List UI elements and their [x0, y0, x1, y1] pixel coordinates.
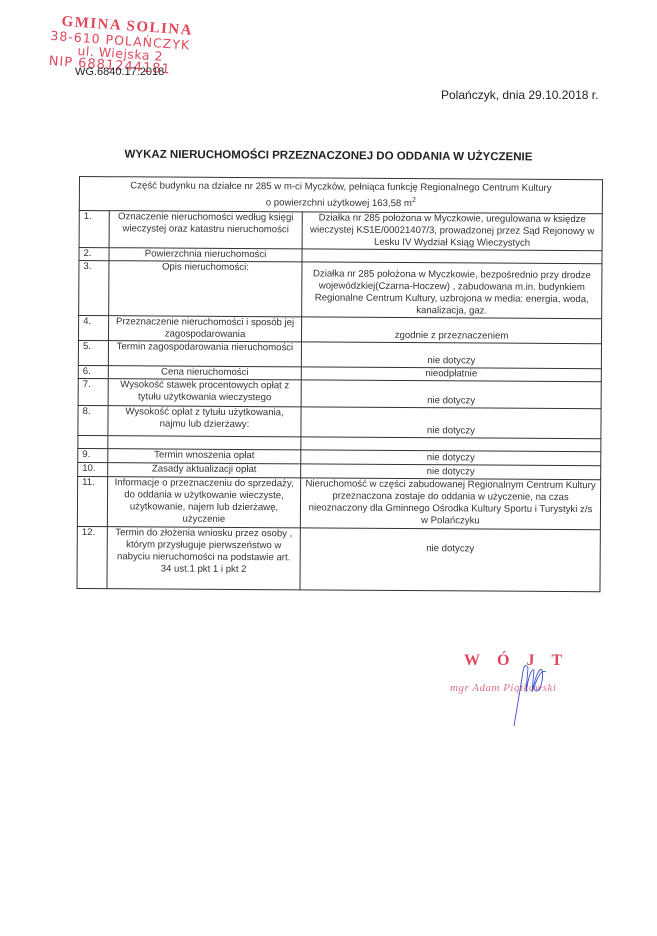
header-line-2: o powierzchni użytkowej 163,58 m — [266, 197, 412, 209]
row-number: 6. — [78, 366, 108, 379]
row-label: Oznaczenie nieruchomości według księgi w… — [109, 211, 302, 249]
table-row: 7. Wysokość stawek procentowych opłat z … — [78, 379, 601, 409]
row-label: Termin wnoszenia opłat — [108, 449, 301, 464]
table-row: 1. Oznaczenie nieruchomości według księg… — [79, 211, 602, 251]
row-label: Zasady aktualizacji opłat — [108, 463, 301, 478]
row-value: Nieruchomość w części zabudowanej Region… — [300, 478, 600, 530]
row-number: 11. — [77, 477, 107, 527]
row-value: Działka nr 285 położona w Myczkowie, ure… — [302, 212, 602, 251]
row-number: 2. — [79, 248, 109, 261]
place-date: Polańczyk, dnia 29.10.2018 r. — [441, 88, 598, 102]
row-label: Termin zagospodarowania nieruchomości — [108, 341, 301, 367]
table-row: 12. Termin do złożenia wniosku przez oso… — [77, 527, 600, 592]
header-line-1: Część budynku na działce nr 285 w m-ci M… — [130, 180, 551, 194]
row-value: nie dotyczy — [301, 342, 601, 369]
row-label: Informacje o przeznaczeniu do sprzedaży,… — [107, 477, 300, 528]
document-title: WYKAZ NIERUCHOMOŚCI PRZEZNACZONEJ DO ODD… — [0, 148, 657, 165]
table-row: 3. Opis nieruchomości: Działka nr 285 po… — [79, 261, 602, 319]
reference-number: WG.6840.17.2018 — [75, 66, 164, 78]
row-value: nie dotyczy — [301, 407, 601, 439]
row-label — [108, 436, 301, 450]
row-number — [78, 436, 108, 449]
row-label: Termin do złożenia wniosku przez osoby ,… — [107, 527, 300, 590]
table-header-row: Część budynku na działce nr 285 w m-ci M… — [79, 177, 602, 214]
row-number: 9. — [78, 449, 108, 463]
property-table: Część budynku na działce nr 285 w m-ci M… — [76, 176, 603, 592]
table-row: 8. Wysokość opłat z tytułu użytkowania, … — [78, 406, 601, 439]
row-number: 8. — [78, 406, 108, 436]
row-number: 1. — [79, 211, 109, 248]
row-value: nie dotyczy — [300, 528, 600, 592]
row-label: Cena nieruchomości — [108, 366, 301, 380]
header-superscript: 2 — [412, 197, 416, 204]
row-number: 12. — [77, 527, 107, 589]
row-label: Wysokość stawek procentowych opłat z tyt… — [108, 379, 301, 407]
row-number: 5. — [78, 341, 108, 366]
row-label: Przeznaczenie nieruchomości i sposób jej… — [108, 316, 301, 342]
row-number: 10. — [78, 463, 108, 477]
row-value: Działka nr 285 położona w Myczkowie, bez… — [302, 262, 602, 319]
row-label: Powierzchnia nieruchomości — [109, 248, 302, 262]
row-value: nie dotyczy — [301, 380, 601, 409]
row-value: zgodnie z przeznaczeniem — [301, 317, 601, 344]
handwritten-signature-icon — [500, 648, 560, 728]
row-number: 4. — [78, 316, 108, 341]
row-number: 7. — [78, 379, 108, 406]
table-header-cell: Część budynku na działce nr 285 w m-ci M… — [79, 177, 602, 214]
row-label: Wysokość opłat z tytułu użytkowania, naj… — [108, 406, 301, 437]
table-row: 5. Termin zagospodarowania nieruchomości… — [78, 341, 601, 369]
table-row: 4. Przeznaczenie nieruchomości i sposób … — [78, 316, 601, 344]
table-row: 11. Informacje o przeznaczeniu do sprzed… — [77, 477, 600, 530]
row-number: 3. — [79, 261, 109, 316]
row-label: Opis nieruchomości: — [109, 261, 302, 317]
